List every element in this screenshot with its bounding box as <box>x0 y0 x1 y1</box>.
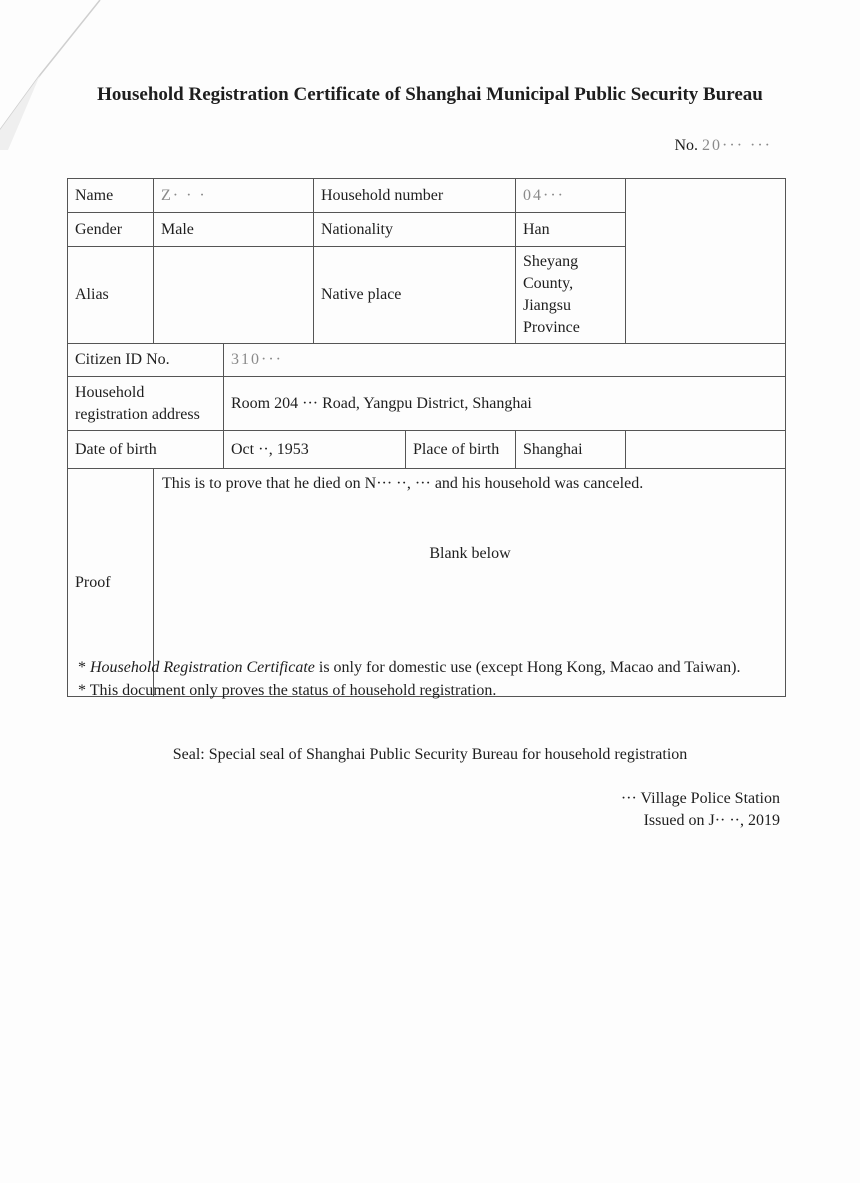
native-place-label: Native place <box>314 247 516 344</box>
gender-label: Gender <box>68 213 154 247</box>
document-title: Household Registration Certificate of Sh… <box>0 84 860 106</box>
proof-blank-below: Blank below <box>162 543 778 565</box>
note-1: * Household Registration Certificate is … <box>78 656 740 679</box>
place-of-birth-label: Place of birth <box>406 431 516 469</box>
issued-date: Issued on J·· ··, 2019 <box>621 810 780 832</box>
native-place-value: Sheyang County, Jiangsu Province <box>516 247 626 344</box>
certificate-table: Name Z· · · Household number 04··· Gende… <box>67 178 786 697</box>
document-number-value: 20··· ··· <box>702 137 772 154</box>
nationality-label: Nationality <box>314 213 516 247</box>
note-2-text: This document only proves the status of … <box>90 682 497 699</box>
dob-value: Oct ··, 1953 <box>224 431 406 469</box>
page-fold-mark <box>0 0 110 150</box>
photo-cell <box>626 179 786 344</box>
document-number-label: No. <box>674 137 698 154</box>
citizen-id-value: 310··· <box>224 344 786 377</box>
household-number-label: Household number <box>314 179 516 213</box>
note-1-italic: Household Registration Certificate <box>90 659 315 676</box>
citizen-id-label: Citizen ID No. <box>68 344 224 377</box>
note-1-text: is only for domestic use (except Hong Ko… <box>315 659 741 676</box>
note-2: * This document only proves the status o… <box>78 679 740 702</box>
nationality-value: Han <box>516 213 626 247</box>
seal-text: Seal: Special seal of Shanghai Public Se… <box>0 746 860 764</box>
name-label: Name <box>68 179 154 213</box>
gender-value: Male <box>154 213 314 247</box>
empty-cell <box>626 431 786 469</box>
dob-label: Date of birth <box>68 431 224 469</box>
address-label: Household registration address <box>68 377 224 431</box>
alias-value <box>154 247 314 344</box>
issuer-block: ··· Village Police Station Issued on J··… <box>621 788 780 832</box>
address-value: Room 204 ··· Road, Yangpu District, Shan… <box>224 377 786 431</box>
name-value: Z· · · <box>154 179 314 213</box>
document-number: No. 20··· ··· <box>674 137 772 155</box>
place-of-birth-value: Shanghai <box>516 431 626 469</box>
household-number-value: 04··· <box>516 179 626 213</box>
alias-label: Alias <box>68 247 154 344</box>
proof-text: This is to prove that he died on N··· ··… <box>162 473 778 495</box>
police-station: ··· Village Police Station <box>621 788 780 810</box>
notes: * Household Registration Certificate is … <box>78 656 740 702</box>
